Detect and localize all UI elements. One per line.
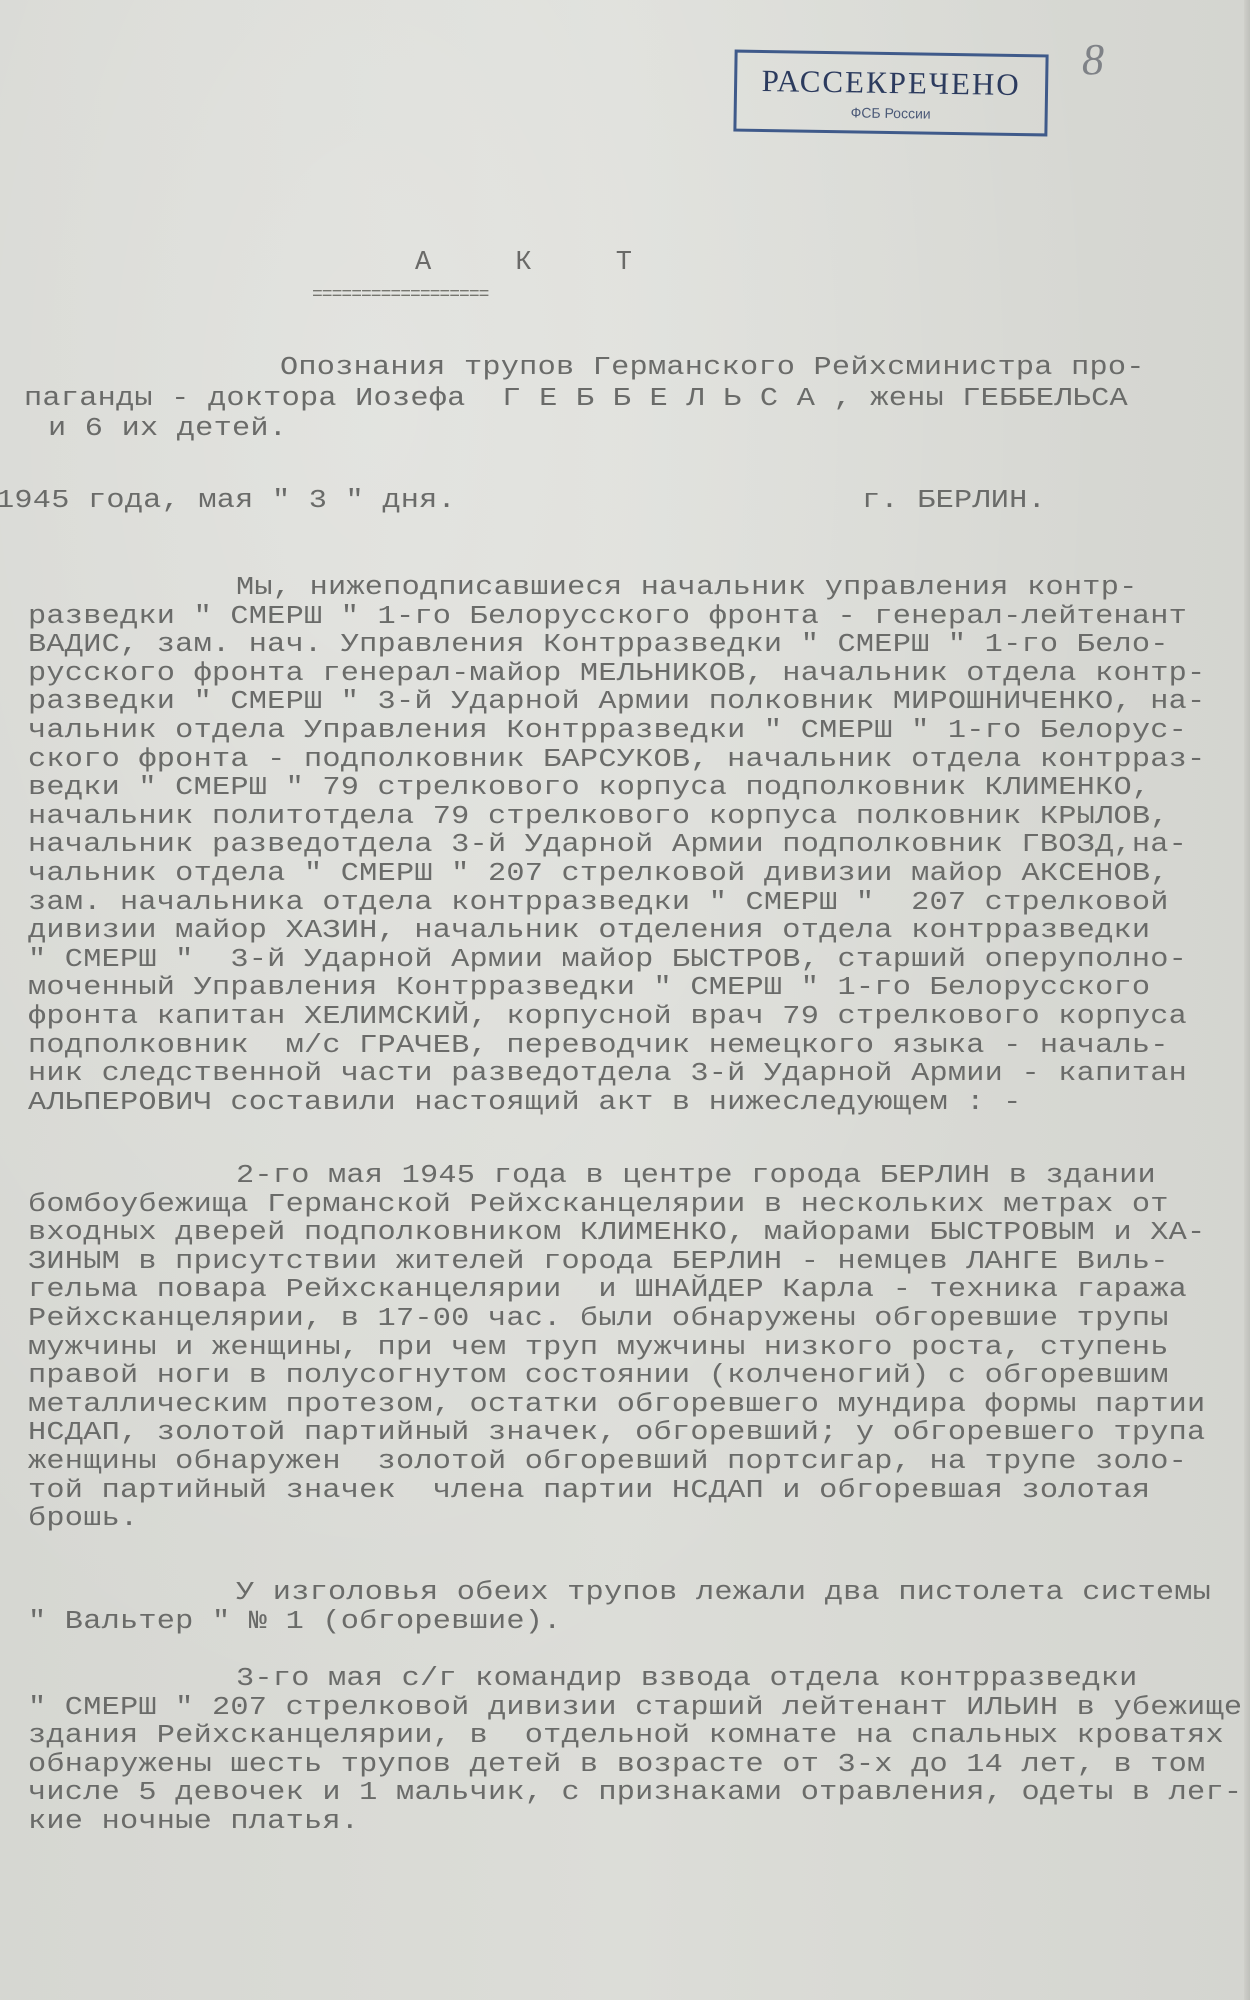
paragraph-4-line: здания Рейхсканцелярии, в отдельной комн… bbox=[28, 1720, 1224, 1750]
paragraph-2-line: ЗИНЫМ в присутствии жителей города БЕРЛИ… bbox=[28, 1246, 1169, 1276]
paragraph-1-line: ского фронта - подполковник БАРСУКОВ, на… bbox=[28, 744, 1205, 774]
paragraph-1-line: Мы, нижеподписавшиеся начальник управлен… bbox=[236, 572, 1137, 602]
page-number: 8 bbox=[1082, 34, 1104, 85]
declassified-stamp: РАССЕКРЕЧЕНО ФСБ России bbox=[733, 50, 1048, 137]
paragraph-2-line: гельма повара Рейхсканцелярии и ШНАЙДЕР … bbox=[28, 1274, 1187, 1304]
paragraph-1-line: дивизии майор ХАЗИН, начальник отделения… bbox=[28, 915, 1150, 945]
paragraph-1-line: разведки " СМЕРШ " 1-го Белорусского фро… bbox=[28, 601, 1187, 631]
paragraph-4-line: кие ночные платья. bbox=[28, 1806, 359, 1836]
paragraph-2-line: входных дверей подполковником КЛИМЕНКО, … bbox=[28, 1217, 1205, 1247]
paragraph-3-line: " Вальтер " № 1 (обгоревшие). bbox=[28, 1606, 562, 1636]
paragraph-1-line: фронта капитан ХЕЛИМСКИЙ, корпусной врач… bbox=[28, 1001, 1187, 1031]
paragraph-1-line: русского фронта генерал-майор МЕЛЬНИКОВ,… bbox=[28, 658, 1205, 688]
paragraph-2-line: той партийный значек члена партии НСДАП … bbox=[28, 1475, 1150, 1505]
paragraph-1-line: зам. начальника отдела контрразведки " С… bbox=[28, 887, 1169, 917]
paragraph-1-line: ник следственной части разведотдела 3-й … bbox=[28, 1058, 1187, 1088]
paragraph-1-line: чальник отдела " СМЕРШ " 207 стрелковой … bbox=[28, 858, 1169, 888]
title-text: А К Т bbox=[415, 248, 666, 278]
subject-line: паганды - доктора Иозефа Г Е Б Б Е Л Ь С… bbox=[24, 383, 1128, 413]
paragraph-4-line: " СМЕРШ " 207 стрелковой дивизии старший… bbox=[28, 1692, 1242, 1722]
date-line: 1945 года, мая " 3 " дня. bbox=[0, 485, 456, 515]
paragraph-1-line: ВАДИС, зам. нач. Управления Контрразведк… bbox=[28, 629, 1169, 659]
paragraph-1-line: разведки " СМЕРШ " 3-й Ударной Армии пол… bbox=[28, 686, 1205, 716]
paragraph-4-line: 3-го мая с/г командир взвода отдела конт… bbox=[236, 1663, 1137, 1693]
stamp-sub-text: ФСБ России bbox=[737, 103, 1045, 124]
paragraph-1-line: ведки " СМЕРШ " 79 стрелкового корпуса п… bbox=[28, 772, 1150, 802]
subject-line: и 6 их детей. bbox=[48, 413, 287, 443]
paragraph-1-line: начальник разведотдела 3-й Ударной Армии… bbox=[28, 829, 1187, 859]
paragraph-4-line: обнаружены шесть трупов детей в возрасте… bbox=[28, 1749, 1205, 1779]
paragraph-4-line: числе 5 девочек и 1 мальчик, с признакам… bbox=[28, 1777, 1242, 1807]
place-line: г. БЕРЛИН. bbox=[862, 485, 1046, 515]
paragraph-2-line: НСДАП, золотой партийный значек, обгорев… bbox=[28, 1417, 1205, 1447]
paragraph-2-line: правой ноги в полусогнутом состоянии (ко… bbox=[28, 1360, 1169, 1390]
paragraph-2-line: женщины обнаружен золотой обгоревший пор… bbox=[28, 1446, 1187, 1476]
paragraph-3-line: У изголовья обеих трупов лежали два пист… bbox=[236, 1577, 1211, 1607]
paragraph-1-line: моченный Управления Контрразведки " СМЕР… bbox=[28, 972, 1150, 1002]
stamp-main-text: РАССЕКРЕЧЕНО bbox=[737, 63, 1046, 104]
paragraph-1-line: начальник политотдела 79 стрелкового кор… bbox=[28, 801, 1169, 831]
paragraph-1-line: АЛЬПЕРОВИЧ составили настоящий акт в ниж… bbox=[28, 1087, 1021, 1117]
paragraph-1-line: подполковник м/с ГРАЧЕВ, переводчик неме… bbox=[28, 1030, 1169, 1060]
paragraph-2-line: бомбоубежища Германской Рейхсканцелярии … bbox=[28, 1189, 1169, 1219]
paragraph-2-line: брошь. bbox=[28, 1503, 138, 1533]
page-edge bbox=[1244, 0, 1250, 2000]
paragraph-1-line: чальник отдела Управления Контрразведки … bbox=[28, 715, 1187, 745]
paragraph-2-line: 2-го мая 1945 года в центре города БЕРЛИ… bbox=[236, 1160, 1156, 1190]
paragraph-2-line: мужчины и женщины, при чем труп мужчины … bbox=[28, 1332, 1169, 1362]
paragraph-2-line: Рейхсканцелярии, в 17-00 час. были обнар… bbox=[28, 1303, 1169, 1333]
title-underline: ================== bbox=[312, 285, 672, 305]
paragraph-1-line: " СМЕРШ " 3-й Ударной Армии майор БЫСТРО… bbox=[28, 944, 1187, 974]
paragraph-2-line: металлическим протезом, остатки обгоревш… bbox=[28, 1389, 1205, 1419]
subject-line: Опознания трупов Германского Рейхсминист… bbox=[280, 352, 1145, 382]
